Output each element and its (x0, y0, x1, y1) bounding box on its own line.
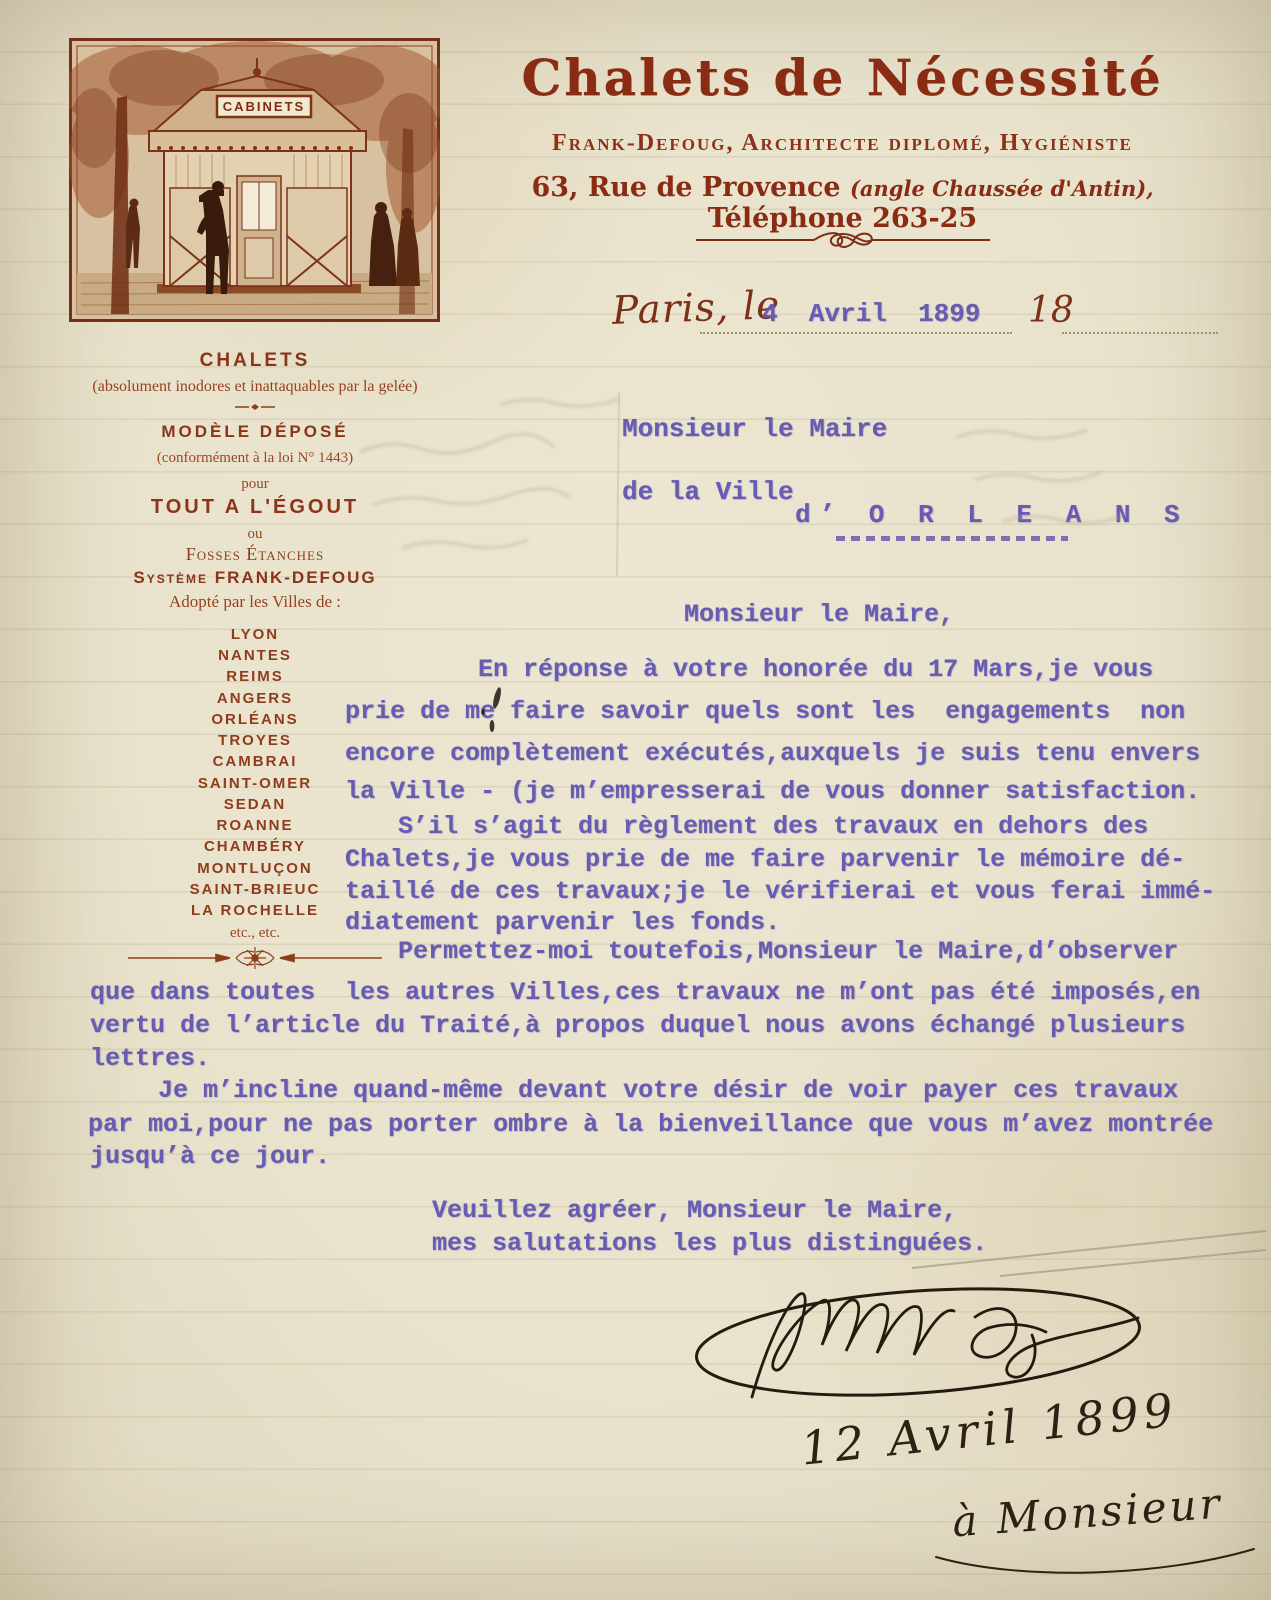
kiosk-illustration: CABINETS (69, 38, 440, 322)
dateline-dotted-rule (700, 330, 1012, 334)
sidebar-model: MODÈLE DÉPOSÉ (60, 422, 450, 442)
small-divider-icon (60, 400, 450, 418)
typed-line: prie de me faire savoir quels sont les e… (345, 697, 1185, 726)
dateline-prefix: Paris, le (611, 283, 781, 334)
sidebar-systeme: Système FRANK-DEFOUG (60, 568, 450, 588)
company-subtitle: Frank-Defoug, Architecte diplomé, Hygién… (470, 130, 1215, 157)
handwritten-received-date: 12 Avril 1899 (798, 1382, 1180, 1475)
rosette-divider-icon (60, 944, 450, 977)
sidebar-heading: CHALETS (60, 350, 450, 372)
cabinets-sign-label: CABINETS (223, 99, 305, 114)
sidebar-adopted: Adopté par les Villes de : (60, 592, 450, 612)
sidebar-tagline: (absolument inodores et inattaquables pa… (60, 378, 450, 396)
typed-closing-line: Veuillez agréer, Monsieur le Maire, (432, 1196, 957, 1225)
note-flourish-icon (930, 1545, 1260, 1581)
header-flourish-icon (470, 228, 1215, 255)
typed-line: la Ville - (je m’empresserai de vous don… (345, 777, 1200, 806)
typed-line: diatement parvenir les fonds. (345, 908, 780, 937)
address-parenthetical: (angle Chaussée d'Antin), (850, 176, 1154, 201)
dateline-year-stub: 18 (1028, 290, 1074, 331)
recipient-line: de la Ville (622, 477, 794, 507)
sidebar-law: (conformément à la loi N° 1443) (60, 450, 450, 467)
city-item: REIMS (60, 668, 450, 685)
recipient-line: Monsieur le Maire (622, 414, 887, 444)
typed-line: que dans toutes les autres Villes,ces tr… (90, 978, 1200, 1007)
typed-line: encore complètement exécutés,auxquels je… (345, 739, 1200, 768)
typed-line: Je m’incline quand-même devant votre dés… (158, 1076, 1178, 1105)
dateline-dotted-rule (1062, 330, 1218, 334)
typed-line: Chalets,je vous prie de me faire parveni… (345, 845, 1185, 874)
letter-page: CABINETS CHALETS (absolument inodores et… (0, 0, 1271, 1600)
sidebar-ou: ou (60, 526, 450, 543)
typed-line: Permettez-moi toutefois,Monsieur le Mair… (398, 937, 1178, 966)
salutation: Monsieur le Maire, (684, 600, 954, 629)
city-item: LYON (60, 626, 450, 643)
typed-date: 4 Avril 1899 (762, 299, 980, 329)
sidebar-tout-egout: TOUT A L'ÉGOUT (60, 496, 450, 519)
typed-line: taillé de ces travaux;je le vérifierai e… (345, 877, 1215, 906)
city-item: NANTES (60, 647, 450, 664)
typed-dashed-underline (836, 536, 1068, 541)
sidebar-pour: pour (60, 476, 450, 493)
company-address: 63, Rue de Provence (angle Chaussée d'An… (470, 172, 1215, 234)
company-title: Chalets de Nécessité (470, 48, 1215, 107)
handwritten-note: à Monsieur (951, 1479, 1224, 1547)
sidebar: CHALETS (absolument inodores et inattaqu… (60, 340, 450, 970)
typed-line: En réponse à votre honorée du 17 Mars,je… (478, 655, 1153, 684)
city-item: ROANNE (60, 817, 450, 834)
typed-closing-line: mes salutations les plus distinguées. (432, 1229, 987, 1258)
typed-line: par moi,pour ne pas porter ombre à la bi… (88, 1110, 1213, 1139)
typed-line: vertu de l’article du Traité,à propos du… (90, 1011, 1185, 1040)
address-street: 63, Rue de Provence (531, 172, 840, 203)
typed-line: jusqu’à ce jour. (90, 1142, 330, 1171)
typed-line: lettres. (90, 1044, 210, 1073)
recipient-city: d’ O R L E A N S (795, 500, 1189, 530)
sidebar-fosses: Fosses Étanches (60, 544, 450, 565)
typed-line: S’il s’agit du règlement des travaux en … (398, 812, 1148, 841)
